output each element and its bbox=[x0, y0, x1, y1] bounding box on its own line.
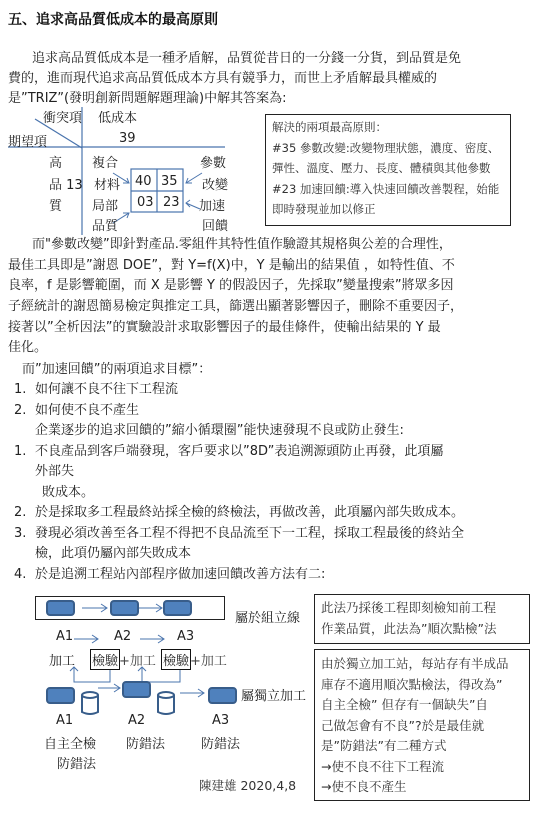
right-label-4: 回饋 bbox=[202, 215, 228, 234]
left-label-2: 材料 bbox=[94, 174, 120, 193]
principles-box: 解決的兩項最高原則： #35 參數改變:改變物理狀態，濃度、密度、 彈性、溫度、… bbox=[265, 114, 511, 226]
error-note-line-3: 自主全檢” 但存有一個缺失”自 bbox=[321, 695, 509, 716]
principles-line-5: 即時發現並加以修正 bbox=[272, 199, 499, 220]
conflict-label: 衝突項 bbox=[43, 107, 82, 126]
column-header: 低成本 bbox=[98, 107, 137, 126]
sequential-note-line-2: 作業品質，此法為”順次點檢”法 bbox=[321, 619, 496, 640]
step-3-line-1: 發現必須改善至各工程不得把不良品流至下一工程，採取工程最後的終站全 bbox=[35, 524, 464, 544]
left-label-4: 品質 bbox=[92, 215, 118, 234]
step-1-line-3: 敗成本。 bbox=[42, 483, 94, 503]
feedback-intro: 而”加速回饋”的兩項追求目標”： bbox=[22, 360, 211, 380]
intro-line-2: 費的，進而現代追求高品質低成本方具有競爭力，而世上矛盾解最具權威的 bbox=[8, 69, 437, 89]
error-note-line-2: 庫存不適用順次點檢法，得改為” bbox=[321, 675, 509, 696]
right-label-3: 加速 bbox=[199, 195, 225, 214]
error-note-line-1: 由於獨立加工站，每站存有半成品 bbox=[321, 654, 509, 675]
left-label-1: 複合 bbox=[92, 152, 118, 171]
step-1-num: 1. bbox=[14, 442, 26, 462]
section-title: 五、追求高品質低成本的最高原則 bbox=[8, 9, 218, 29]
step-1-line-1: 不良產品到客戶端發現，客戶要求以”8D”表追溯源頭防止再發，此項屬 bbox=[35, 442, 443, 462]
independent-station-a1: A1 bbox=[56, 713, 73, 728]
desired-label: 期望項 bbox=[8, 131, 47, 150]
step-2-line-1: 於是採取多工程最終站採全檢的終檢法，再做改善，此項屬內部失敗成本。 bbox=[35, 503, 464, 523]
assembly-station-a3: A3 bbox=[177, 629, 194, 644]
param-line-3: 良率，f 是影響範圍，而 X 是影響 Y 的假設因子，先採取”變量搜索”將眾多因 bbox=[8, 276, 454, 296]
column-number: 39 bbox=[119, 131, 136, 146]
principles-line-3: 彈性、溫度、壓力、長度、體積與其他參數 bbox=[272, 158, 499, 179]
goal-2-num: 2. bbox=[14, 401, 26, 421]
principles-line-4: #23 加速回饋:導入快速回饋改善製程，始能 bbox=[272, 179, 499, 200]
principles-line-2: #35 參數改變:改變物理狀態，濃度、密度、 bbox=[272, 138, 499, 159]
right-label-2: 改變 bbox=[202, 174, 228, 193]
left-label-3: 局部 bbox=[92, 195, 118, 214]
independent-station-a3: A3 bbox=[212, 713, 229, 728]
independent-station-a2: A2 bbox=[128, 713, 145, 728]
row-header-3: 質 bbox=[49, 195, 62, 214]
inventory-cylinder-1 bbox=[82, 692, 98, 714]
inventory-cylinder-2 bbox=[158, 692, 174, 714]
op-process-2: +加工 bbox=[119, 650, 156, 669]
row-header-1: 高 bbox=[49, 152, 62, 171]
op-process-3: +加工 bbox=[190, 650, 227, 669]
cell-23: 23 bbox=[163, 195, 180, 210]
error-note-line-4: 己做怎會有不良”?於是最佳就 bbox=[321, 716, 509, 737]
method-a2: 防錯法 bbox=[126, 733, 165, 752]
step-4-num: 4. bbox=[14, 565, 26, 585]
param-line-4: 子經統計的謝恩簡易檢定與推定工具，篩選出顯著影響因子，刪除不重要因子， bbox=[8, 297, 463, 317]
step-1-line-2: 外部失 bbox=[35, 462, 74, 482]
author-signature: 陳建雄 2020,4,8 bbox=[199, 776, 296, 794]
param-line-5: 接著以”全析因法”的實驗設計求取影響因子的最佳條件，使輸出結果的 Y 最 bbox=[8, 318, 441, 338]
error-note-line-6: →使不良不往下工程流 bbox=[321, 757, 509, 778]
op-inspect-2: 檢驗 bbox=[161, 649, 191, 670]
op-process-1: 加工 bbox=[49, 650, 75, 669]
assembly-station-a2: A2 bbox=[114, 629, 131, 644]
loop-line: 企業逐步的追求回饋的”縮小循環圈”能快速發現不良或防止發生: bbox=[35, 421, 404, 441]
op-inspect-1: 檢驗 bbox=[90, 649, 120, 670]
param-line-1: 而"參數改變”即針對產品.零組件其特性值作驗證其規格與公差的合理性， bbox=[32, 235, 452, 255]
method-a3: 防錯法 bbox=[201, 733, 240, 752]
method-a1-line-2: 防錯法 bbox=[57, 753, 96, 772]
principles-line-1: 解決的兩項最高原則： bbox=[272, 117, 499, 138]
error-note-line-7: →使不良不產生 bbox=[321, 777, 509, 798]
row-header-2: 品 13 bbox=[49, 174, 83, 193]
error-note-line-5: 是”防錯法”有二種方式 bbox=[321, 736, 509, 757]
sequential-note-line-1: 此法乃採後工程即刻檢知前工程 bbox=[321, 598, 496, 619]
step-4-line-1: 於是追溯工程站內部程序做加速回饋改善方法有二: bbox=[35, 565, 325, 585]
cell-03: 03 bbox=[137, 195, 154, 210]
goal-1-text: 如何讓不良不往下工程流 bbox=[35, 380, 178, 400]
cell-40: 40 bbox=[135, 174, 152, 189]
method-a1-line-1: 自主全檢 bbox=[44, 733, 96, 752]
param-line-2: 最佳工具即是”謝恩 DOE”，對 Y=f(X)中，Y 是輸出的結果值 ，如特性值… bbox=[8, 256, 455, 276]
step-3-num: 3. bbox=[14, 524, 26, 544]
error-proofing-note: 由於獨立加工站，每站存有半成品 庫存不適用順次點檢法，得改為” 自主全檢” 但存… bbox=[314, 649, 530, 801]
step-2-num: 2. bbox=[14, 503, 26, 523]
sequential-check-note: 此法乃採後工程即刻檢知前工程 作業品質，此法為”順次點檢”法 bbox=[314, 594, 530, 644]
intro-line-1: 追求高品質低成本是一種矛盾解，品質從昔日的一分錢一分貨，到品質是免 bbox=[32, 49, 461, 69]
independent-label: 屬獨立加工 bbox=[241, 685, 306, 704]
cell-35: 35 bbox=[161, 174, 178, 189]
right-label-1: 參數 bbox=[200, 152, 226, 171]
param-line-6: 佳化。 bbox=[8, 338, 47, 358]
step-3-line-2: 檢，此項仍屬內部失敗成本 bbox=[35, 544, 191, 564]
goal-1-num: 1. bbox=[14, 380, 26, 400]
assembly-label: 屬於組立線 bbox=[235, 607, 300, 626]
assembly-station-a1: A1 bbox=[56, 629, 73, 644]
goal-2-text: 如何使不良不產生 bbox=[35, 401, 139, 421]
